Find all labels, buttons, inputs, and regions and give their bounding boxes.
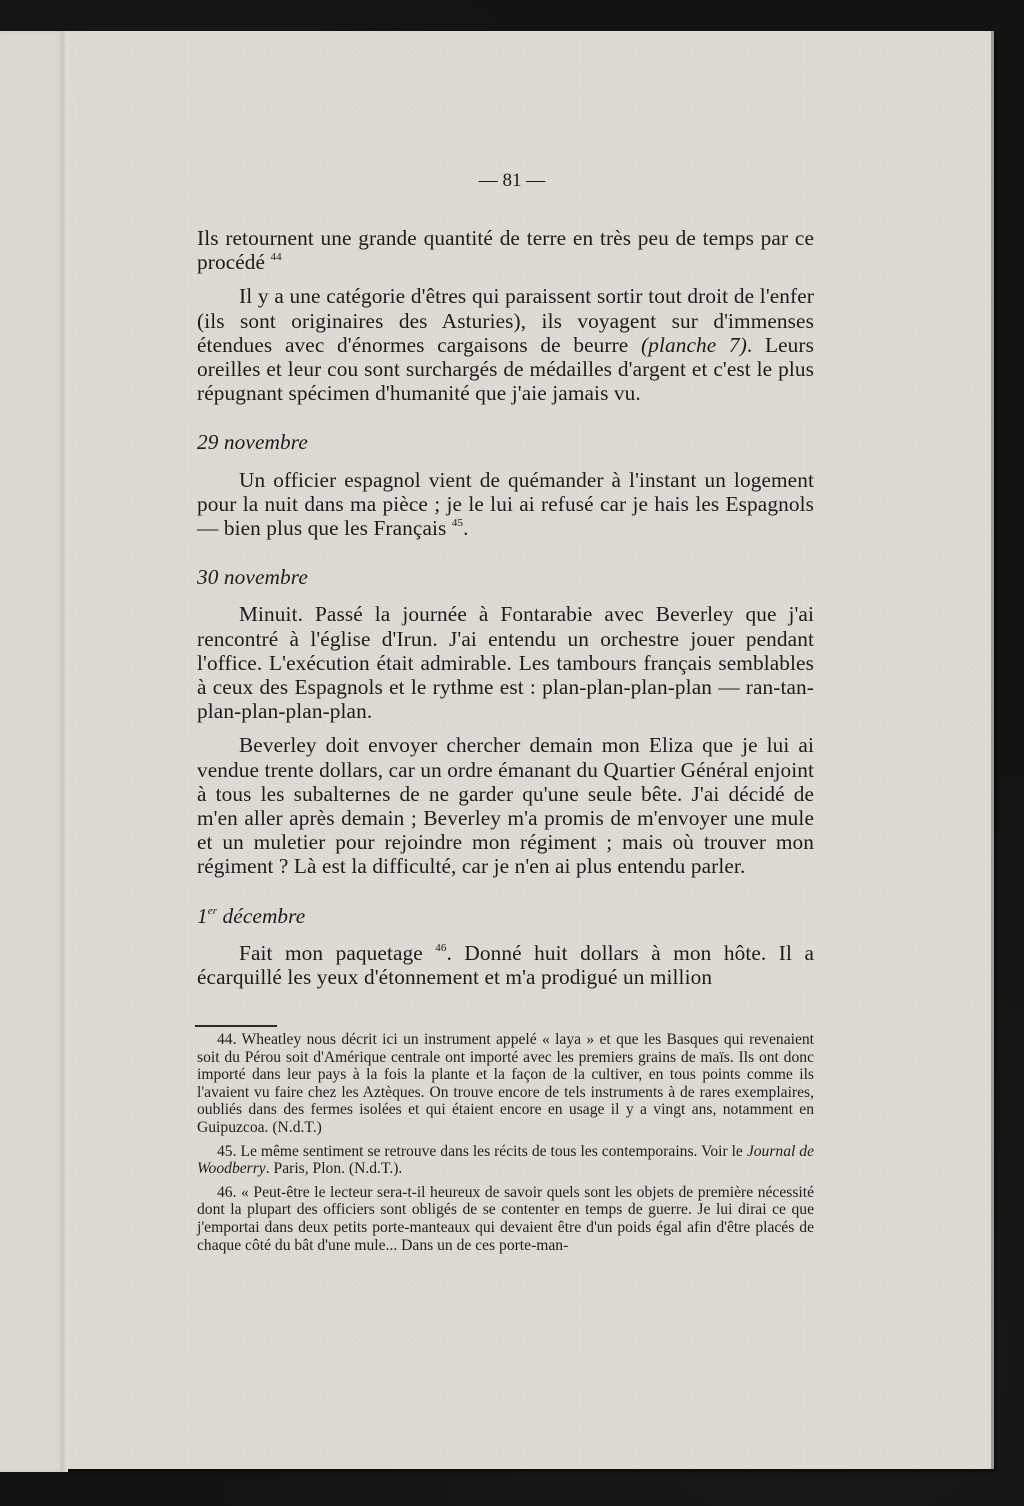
footnote-45: 45. Le même sentiment se retrouve dans l…	[197, 1143, 814, 1178]
footnote-ref[interactable]: 44	[271, 251, 282, 263]
paragraph: Ils retournent une grande quantité de te…	[197, 226, 814, 274]
page-number: — 81 —	[0, 170, 1024, 192]
date-heading: 1er décembre	[197, 904, 814, 928]
plate-reference: (planche 7)	[641, 333, 747, 357]
ordinal-suffix: er	[208, 905, 217, 917]
footnote-44: 44. Wheatley nous décrit ici un instrume…	[197, 1031, 814, 1137]
body-text: Ils retournent une grande quantité de te…	[197, 226, 814, 989]
footnote-46: 46. « Peut-être le lecteur sera-t-il heu…	[197, 1184, 814, 1254]
footnote-text: 45. Le même sentiment se retrouve dans l…	[217, 1143, 747, 1160]
footnote-text: . Paris, Plon. (N.d.T.).	[266, 1160, 403, 1177]
paragraph: Beverley doit envoyer chercher demain mo…	[197, 733, 814, 878]
footnotes: 44. Wheatley nous décrit ici un instrume…	[197, 1031, 814, 1254]
footnote-ref[interactable]: 45	[452, 517, 463, 529]
date-heading: 30 novembre	[197, 565, 814, 589]
punctuation: .	[463, 516, 468, 540]
spine-fold	[62, 31, 68, 1472]
date-day: 1	[197, 904, 208, 928]
date-month: décembre	[217, 904, 305, 928]
paragraph-text: Un officier espagnol vient de quémander …	[197, 468, 814, 540]
date-heading: 29 novembre	[197, 430, 814, 454]
paragraph: Un officier espagnol vient de quémander …	[197, 468, 814, 541]
paragraph-text: Ils retournent une grande quantité de te…	[197, 226, 814, 274]
paragraph-text: Fait mon paquetage	[239, 941, 423, 965]
facing-page-edge	[0, 31, 64, 1472]
paragraph: Minuit. Passé la journée à Fontarabie av…	[197, 602, 814, 723]
footnote-separator	[195, 1025, 277, 1027]
footnote-ref[interactable]: 46	[435, 942, 446, 954]
paragraph: Fait mon paquetage 46. Donné huit dollar…	[197, 941, 814, 989]
paragraph: Il y a une catégorie d'êtres qui paraiss…	[197, 284, 814, 405]
